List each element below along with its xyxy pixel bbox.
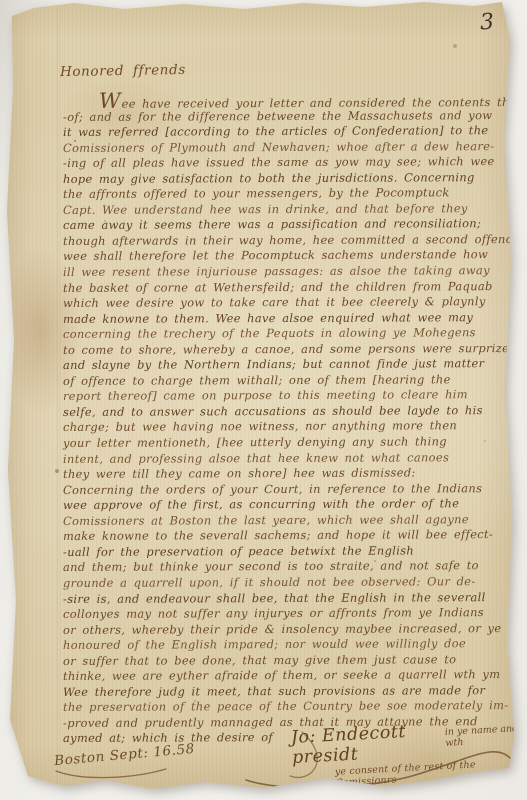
photo-backdrop: 3 Honored ffrends Wee have received your… — [0, 0, 527, 800]
signature-aside: in ye name and wth — [445, 723, 520, 749]
salutation: Honored ffrends — [60, 62, 186, 80]
letter-line: concerning the trechery of the Pequots i… — [63, 325, 517, 343]
signature-name: Jo: Endecott presidt — [291, 720, 440, 768]
letter-line: Wee have received your letter and consid… — [63, 92, 517, 110]
signature-block: Jo: Endecott presidt in ye name and wth … — [291, 716, 522, 791]
letter-line: honoured of the English impared; nor wou… — [63, 636, 517, 654]
letter-line: the preservation of the peace of the Cou… — [63, 698, 517, 716]
page-number: 3 — [479, 10, 495, 36]
fold-crease — [57, 0, 60, 792]
manuscript-photo: { "document": { "page_number": "3", "sal… — [0, 0, 527, 800]
dateline-underline — [52, 765, 172, 783]
letter-line: -ing of all pleas have issued the same a… — [63, 154, 517, 172]
letter-line: thinke, wee are eyther afraide of them, … — [63, 667, 517, 685]
letter-line: make knowne to the severall sachems; and… — [63, 527, 517, 545]
letter-line: your letter mentioneth, [hee utterly den… — [63, 434, 517, 452]
manuscript-page: 3 Honored ffrends Wee have received your… — [4, 0, 520, 792]
letter-line: collonyes may not suffer any injuryes or… — [63, 605, 517, 623]
letter-line: came away it seems there was a passifica… — [63, 216, 517, 234]
letter-line: wee approve of the first, as concurring … — [63, 496, 517, 514]
letter-line: and slayne by the Northern Indians; but … — [63, 356, 517, 374]
letter-line: ill wee resent these injuriouse passages… — [63, 263, 517, 281]
letter-line: grounde a quarrell upon, if it should no… — [63, 574, 517, 592]
letter-line: the affronts offered to your messengers,… — [63, 185, 517, 203]
letter-body: Wee have received your letter and consid… — [63, 93, 517, 746]
letter-line: it was referred [according to the articl… — [63, 123, 517, 141]
letter-line: which wee desire yow to take care that i… — [63, 294, 517, 312]
letter-line: report thereof] came on purpose to this … — [63, 387, 517, 405]
letter-line: they were till they came on shore] hee w… — [63, 465, 517, 483]
